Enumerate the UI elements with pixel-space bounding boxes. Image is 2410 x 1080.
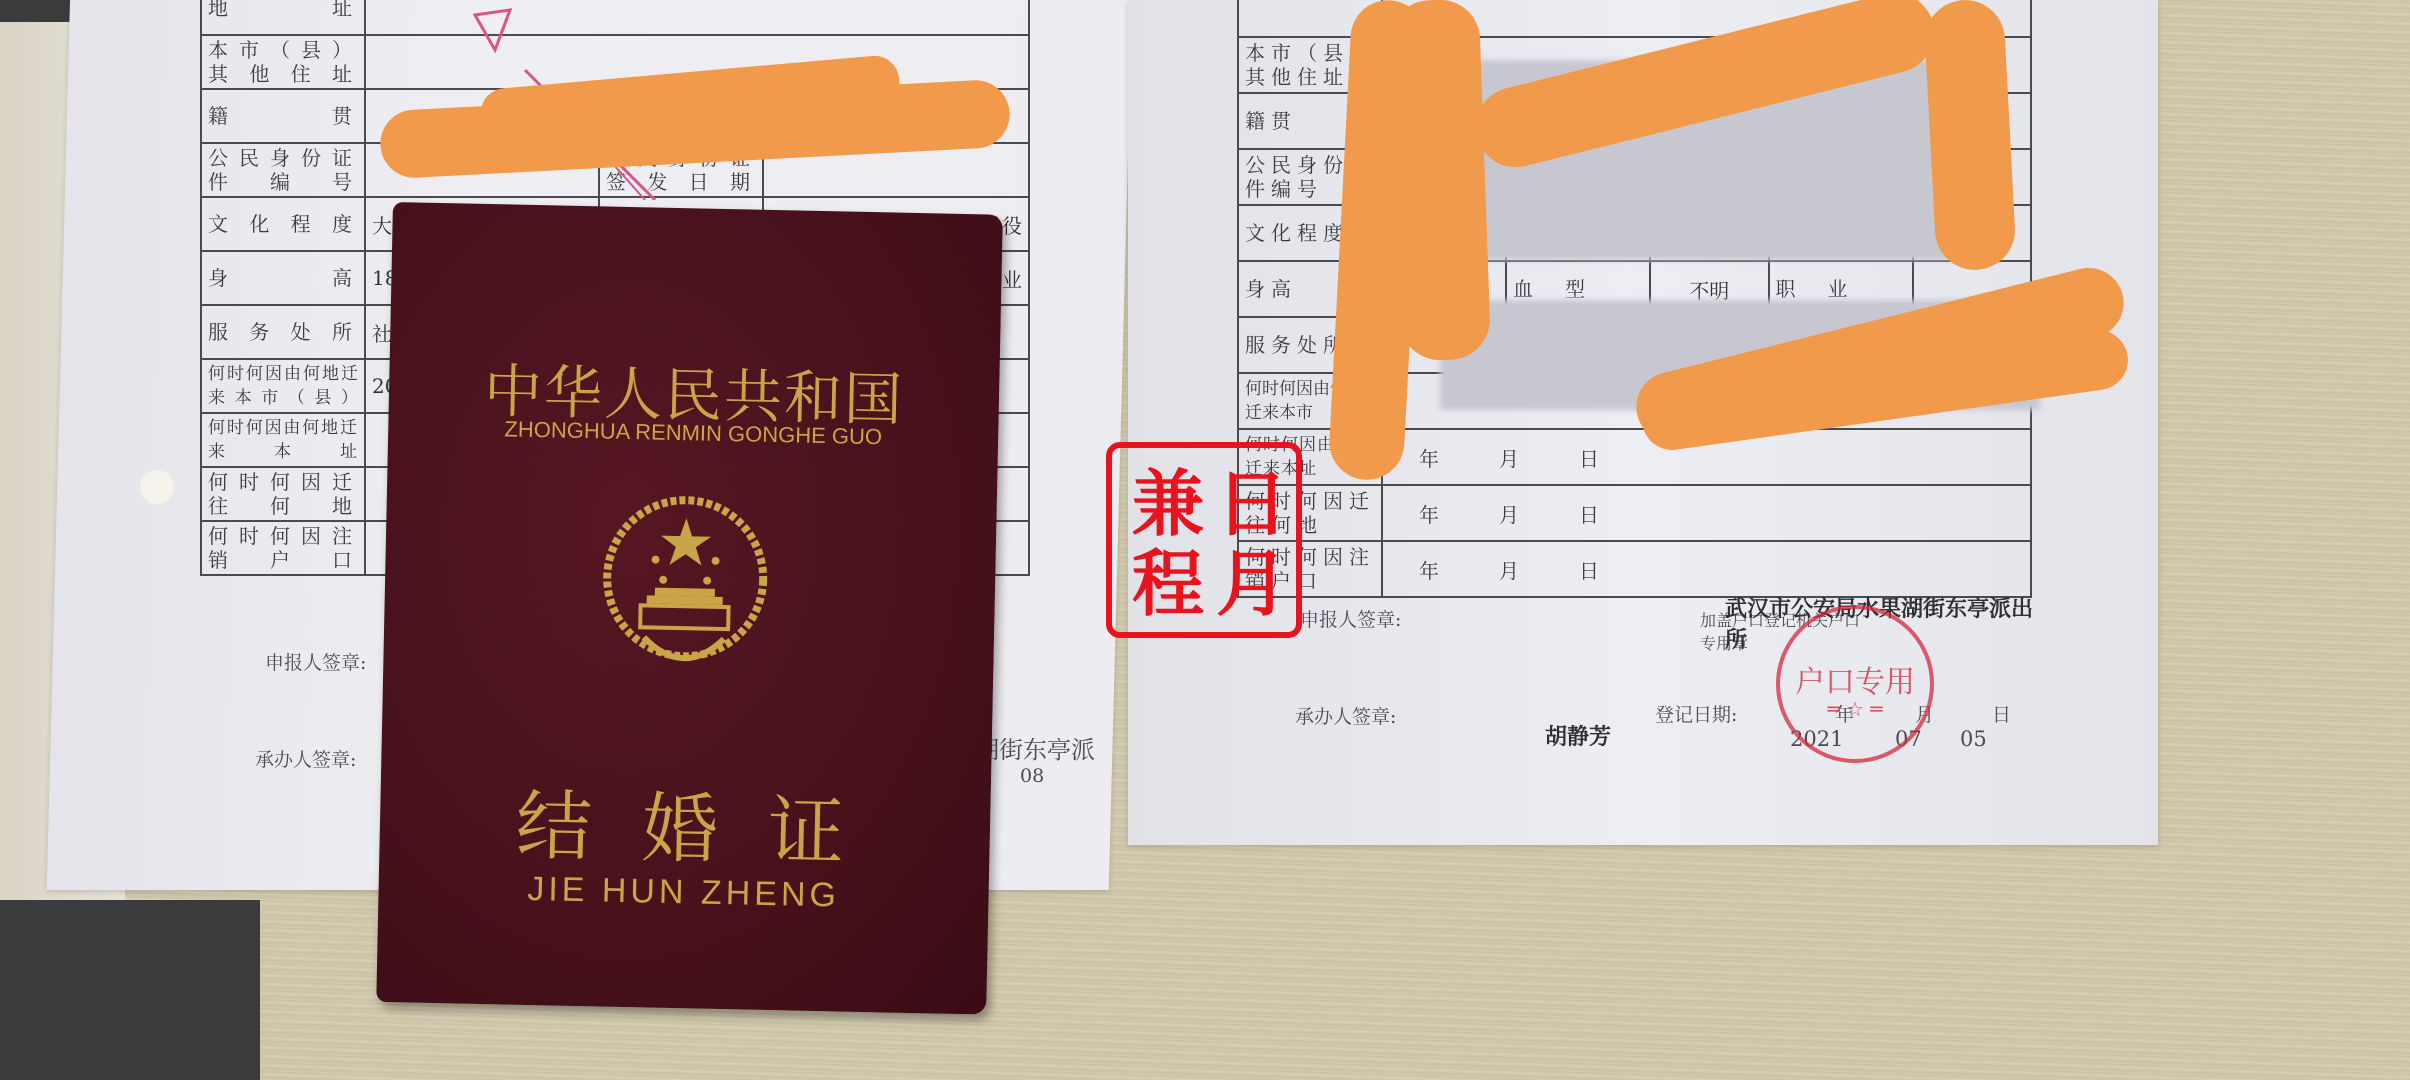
applicant-signature-label: 申报人签章: bbox=[1300, 605, 1401, 632]
field-label: 地 址 bbox=[201, 0, 365, 35]
date-value: 年月日 bbox=[1382, 485, 2031, 541]
field-label: 何时何因由何地迁来本市（县） bbox=[201, 359, 365, 413]
watermark-char: 日 bbox=[1216, 468, 1288, 540]
booklet-title: 结婚证 bbox=[379, 762, 991, 884]
red-watermark-stamp: 兼 日 程 月 bbox=[1106, 442, 1302, 638]
day-unit: 日 bbox=[1579, 559, 1599, 583]
date-fragment: 08 bbox=[1020, 765, 1044, 787]
field-label: 文化程度 bbox=[201, 197, 365, 251]
day-unit: 日 bbox=[1579, 447, 1599, 471]
floor bbox=[0, 900, 260, 1080]
field-label: 身 高 bbox=[201, 251, 365, 305]
star-icon: ═ ☆ ═ bbox=[1780, 697, 1930, 721]
handler-signature-label: 承办人签章: bbox=[255, 745, 356, 772]
agency-fragment: 湖街东亭派 bbox=[975, 730, 1095, 765]
registration-date-label: 登记日期: bbox=[1655, 700, 1737, 727]
watermark-char: 月 bbox=[1216, 548, 1288, 620]
marriage-certificate-booklet[interactable]: 中华人民共和国 ZHONGHUA RENMIN GONGHE GUO 结婚证 J… bbox=[376, 202, 1003, 1015]
watermark-char: 程 bbox=[1132, 548, 1204, 620]
day-unit: 日 bbox=[1579, 503, 1599, 527]
day-unit: 日 bbox=[1992, 700, 2011, 727]
year-unit: 年 bbox=[1419, 503, 1439, 527]
field-label: 何时何因迁往何地 bbox=[201, 467, 365, 521]
date-value: 年月日 bbox=[1382, 541, 2031, 597]
month-unit: 月 bbox=[1499, 503, 1519, 527]
month-unit: 月 bbox=[1499, 559, 1519, 583]
watermark-char: 兼 bbox=[1132, 468, 1204, 540]
handler-name: 胡静芳 bbox=[1545, 720, 1611, 751]
field-label: 服务处所 bbox=[201, 305, 365, 359]
registration-day: 05 bbox=[1960, 727, 1987, 751]
applicant-signature-label: 申报人签章: bbox=[265, 648, 366, 675]
field-label: 何时何因由何地迁来本址 bbox=[201, 413, 365, 467]
field-label: 本市（县）其他住址 bbox=[201, 35, 365, 89]
field-label: 公民身份证件编号 bbox=[201, 143, 365, 197]
orange-redaction bbox=[1923, 0, 2017, 272]
handler-signature-label: 承办人签章: bbox=[1295, 702, 1396, 729]
year-unit: 年 bbox=[1419, 447, 1439, 471]
punch-hole bbox=[140, 470, 174, 504]
field-label: 何时何因注销户口 bbox=[201, 521, 365, 575]
national-emblem-icon bbox=[583, 486, 787, 690]
field-label: 籍 贯 bbox=[201, 89, 365, 143]
seal-text: 户口专用 bbox=[1780, 657, 1930, 701]
hukou-seal-stamp: 户口专用 ═ ☆ ═ bbox=[1776, 605, 1934, 763]
month-unit: 月 bbox=[1499, 447, 1519, 471]
year-unit: 年 bbox=[1419, 559, 1439, 583]
orange-redaction bbox=[1389, 0, 1492, 361]
